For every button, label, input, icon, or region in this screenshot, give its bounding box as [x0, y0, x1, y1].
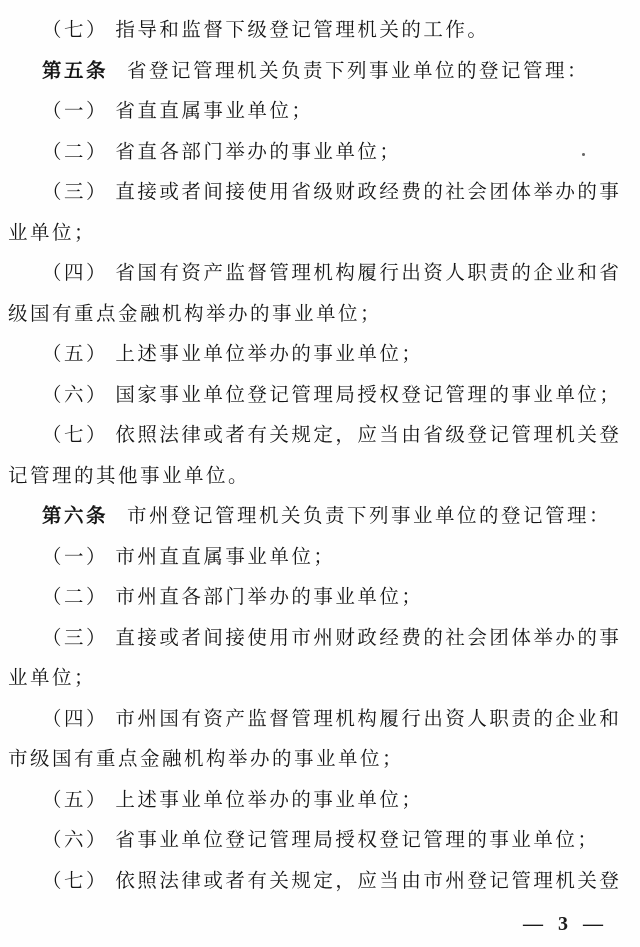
text-line: （一） 市州直直属事业单位；	[8, 538, 620, 579]
text-line: （六） 国家事业单位登记管理局授权登记管理的事业单位；	[8, 376, 620, 417]
text-line: （四） 市州国有资产监督管理机构履行出资人职责的企业和	[8, 700, 620, 741]
text-line: （五） 上述事业单位举办的事业单位；	[8, 781, 620, 822]
article-term: 第六条	[42, 506, 108, 527]
text-line: （七） 依照法律或者有关规定，应当由省级登记管理机关登	[8, 416, 620, 457]
line-text: 记管理的其他事业单位。	[8, 466, 250, 487]
scan-artifact-dot	[582, 153, 585, 156]
line-text: （一） 省直直属事业单位；	[42, 101, 313, 122]
line-text: 业单位；	[8, 223, 96, 244]
text-line: （七） 指导和监督下级登记管理机关的工作。	[8, 11, 620, 52]
line-text: 省登记管理机关负责下列事业单位的登记管理：	[127, 61, 589, 82]
text-line: （一） 省直直属事业单位；	[8, 92, 620, 133]
line-text: 市级国有重点金融机构举办的事业单位；	[8, 749, 404, 770]
text-line: （四） 省国有资产监督管理机构履行出资人职责的企业和省	[8, 254, 620, 295]
line-text: （七） 依照法律或者有关规定，应当由市州登记管理机关登	[42, 871, 621, 892]
line-text: 业单位；	[8, 668, 96, 689]
article-term: 第五条	[42, 61, 108, 82]
line-text: （六） 省事业单位登记管理局授权登记管理的事业单位；	[42, 830, 599, 851]
line-text: （七） 依照法律或者有关规定，应当由省级登记管理机关登	[42, 425, 621, 446]
page-number: — 3 —	[523, 913, 608, 936]
text-line: （二） 省直各部门举办的事业单位；	[8, 133, 620, 174]
article-heading-line: 第五条省登记管理机关负责下列事业单位的登记管理：	[8, 52, 620, 93]
line-text: （二） 市州直各部门举办的事业单位；	[42, 587, 423, 608]
text-line-continuation: 记管理的其他事业单位。	[8, 457, 620, 498]
line-text: （二） 省直各部门举办的事业单位；	[42, 142, 401, 163]
text-line-continuation: 业单位；	[8, 659, 620, 700]
text-line-continuation: 级国有重点金融机构举办的事业单位；	[8, 295, 620, 336]
line-text: （三） 直接或者间接使用市州财政经费的社会团体举办的事	[42, 628, 621, 649]
text-line-continuation: 市级国有重点金融机构举办的事业单位；	[8, 740, 620, 781]
text-line: （六） 省事业单位登记管理局授权登记管理的事业单位；	[8, 821, 620, 862]
page-number-text: — 3 —	[523, 913, 608, 935]
document-body: （七） 指导和监督下级登记管理机关的工作。 第五条省登记管理机关负责下列事业单位…	[0, 0, 640, 902]
line-text: （四） 市州国有资产监督管理机构履行出资人职责的企业和	[42, 709, 621, 730]
line-text: 级国有重点金融机构举办的事业单位；	[8, 304, 382, 325]
line-text: （一） 市州直直属事业单位；	[42, 547, 335, 568]
text-line: （三） 直接或者间接使用市州财政经费的社会团体举办的事	[8, 619, 620, 660]
line-text: （六） 国家事业单位登记管理局授权登记管理的事业单位；	[42, 385, 621, 406]
article-heading-line: 第六条市州登记管理机关负责下列事业单位的登记管理：	[8, 497, 620, 538]
text-line: （七） 依照法律或者有关规定，应当由市州登记管理机关登	[8, 862, 620, 903]
line-text: （五） 上述事业单位举办的事业单位；	[42, 344, 423, 365]
line-text: （三） 直接或者间接使用省级财政经费的社会团体举办的事	[42, 182, 621, 203]
line-text: 市州登记管理机关负责下列事业单位的登记管理：	[127, 506, 611, 527]
line-text: （四） 省国有资产监督管理机构履行出资人职责的企业和省	[42, 263, 621, 284]
text-line: （三） 直接或者间接使用省级财政经费的社会团体举办的事	[8, 173, 620, 214]
line-text: （五） 上述事业单位举办的事业单位；	[42, 790, 423, 811]
text-line-continuation: 业单位；	[8, 214, 620, 255]
document-page: （七） 指导和监督下级登记管理机关的工作。 第五条省登记管理机关负责下列事业单位…	[0, 0, 640, 947]
text-line: （五） 上述事业单位举办的事业单位；	[8, 335, 620, 376]
line-text: （七） 指导和监督下级登记管理机关的工作。	[42, 20, 489, 41]
text-line: （二） 市州直各部门举办的事业单位；	[8, 578, 620, 619]
